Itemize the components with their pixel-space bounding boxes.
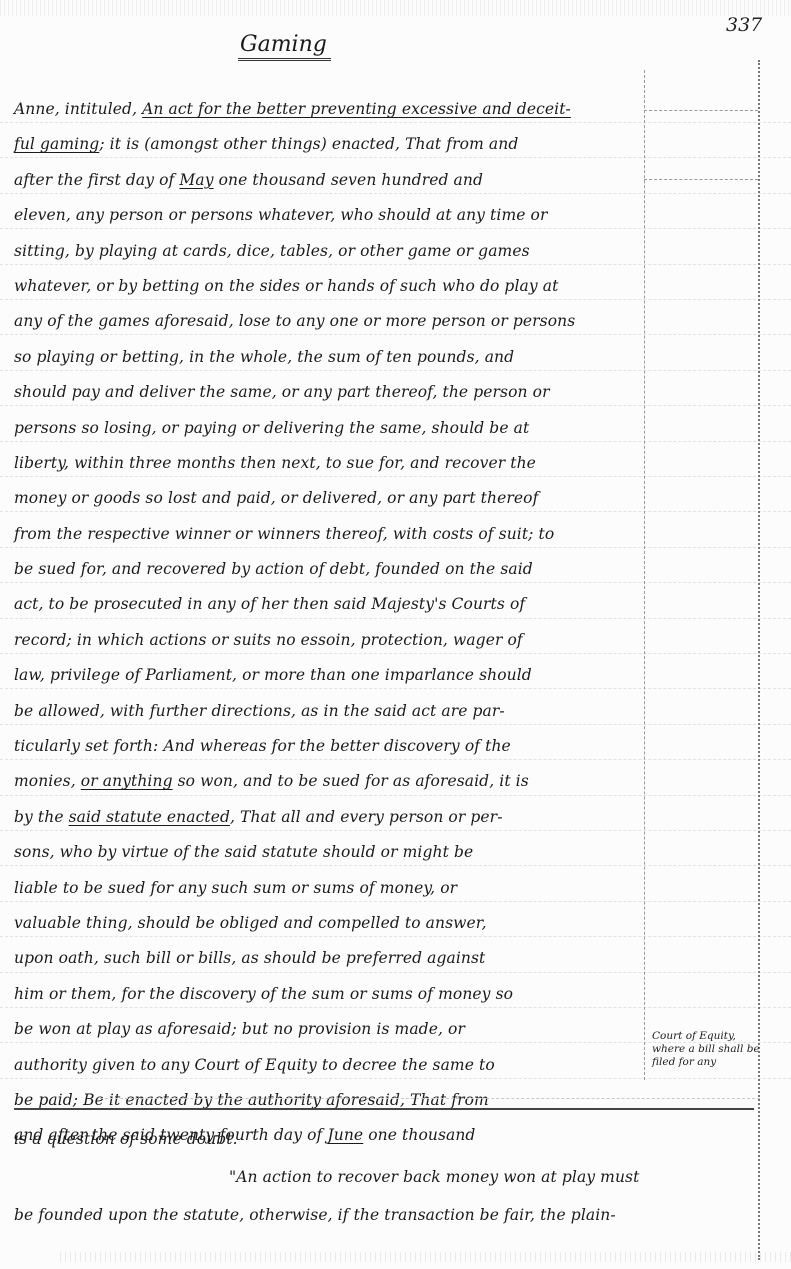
underlined-phrase: May bbox=[179, 171, 213, 189]
line-text: be allowed, with further directions, as … bbox=[14, 702, 505, 720]
line-text: act, to be prosecuted in any of her then… bbox=[14, 595, 525, 613]
page-number: 337 bbox=[726, 14, 762, 36]
line-text: be founded upon the statute, otherwise, … bbox=[14, 1206, 616, 1224]
scan-noise-bottom bbox=[60, 1252, 791, 1262]
margin-column-line bbox=[644, 70, 645, 1080]
text-line: be paid; Be it enacted by the authority … bbox=[14, 1083, 644, 1118]
line-text: after the first day of bbox=[14, 171, 179, 189]
text-line: money or goods so lost and paid, or deli… bbox=[14, 481, 644, 516]
line-text: upon oath, such bill or bills, as should… bbox=[14, 949, 485, 967]
text-line: be allowed, with further directions, as … bbox=[14, 694, 644, 729]
text-line: whatever, or by betting on the sides or … bbox=[14, 269, 644, 304]
text-line: ticularly set forth: And whereas for the… bbox=[14, 729, 644, 764]
line-text: ticularly set forth: And whereas for the… bbox=[14, 737, 511, 755]
line-text: valuable thing, should be obliged and co… bbox=[14, 914, 487, 932]
line-text: be sued for, and recovered by action of … bbox=[14, 560, 533, 578]
text-line: after the first day of May one thousand … bbox=[14, 163, 644, 198]
faint-rule bbox=[100, 1098, 760, 1099]
line-text: sitting, by playing at cards, dice, tabl… bbox=[14, 242, 530, 260]
line-text: liable to be sued for any such sum or su… bbox=[14, 879, 457, 897]
line-text: money or goods so lost and paid, or deli… bbox=[14, 489, 538, 507]
line-text: be won at play as aforesaid; but no prov… bbox=[14, 1020, 465, 1038]
manuscript-page: 337 Gaming Anne, intituled, An act for t… bbox=[0, 0, 791, 1269]
line-text: record; in which actions or suits no ess… bbox=[14, 631, 523, 649]
line-text: from the respective winner or winners th… bbox=[14, 525, 554, 543]
text-line: be sued for, and recovered by action of … bbox=[14, 552, 644, 587]
text-line: record; in which actions or suits no ess… bbox=[14, 623, 644, 658]
text-line: liberty, within three months then next, … bbox=[14, 446, 644, 481]
line-text: one thousand seven hundred and bbox=[214, 171, 483, 189]
line-text: , That all and every person or per- bbox=[230, 808, 503, 826]
text-line: be won at play as aforesaid; but no prov… bbox=[14, 1012, 644, 1047]
text-line: is a question of some doubt. bbox=[14, 1120, 754, 1158]
text-line: liable to be sued for any such sum or su… bbox=[14, 871, 644, 906]
line-text: sons, who by virtue of the said statute … bbox=[14, 843, 473, 861]
underlined-phrase: or anything bbox=[81, 772, 173, 790]
section-divider bbox=[14, 1108, 754, 1110]
text-line: authority given to any Court of Equity t… bbox=[14, 1048, 644, 1083]
text-line: act, to be prosecuted in any of her then… bbox=[14, 587, 644, 622]
line-text: is a question of some doubt. bbox=[14, 1130, 238, 1148]
underlined-phrase: An act for the better preventing excessi… bbox=[142, 100, 571, 118]
line-text: should pay and deliver the same, or any … bbox=[14, 383, 550, 401]
line-text: him or them, for the discovery of the su… bbox=[14, 985, 513, 1003]
line-text: persons so losing, or paying or deliveri… bbox=[14, 419, 529, 437]
margin-rule bbox=[644, 179, 758, 180]
line-text: "An action to recover back money won at … bbox=[229, 1168, 639, 1186]
margin-note: Court of Equity, where a bill shall be f… bbox=[652, 1030, 762, 1069]
text-line: from the respective winner or winners th… bbox=[14, 517, 644, 552]
text-line: persons so losing, or paying or deliveri… bbox=[14, 411, 644, 446]
text-line: should pay and deliver the same, or any … bbox=[14, 375, 644, 410]
text-line: sons, who by virtue of the said statute … bbox=[14, 835, 644, 870]
main-text-block: Anne, intituled, An act for the better p… bbox=[14, 92, 644, 1154]
text-line: valuable thing, should be obliged and co… bbox=[14, 906, 644, 941]
text-line: Anne, intituled, An act for the better p… bbox=[14, 92, 644, 127]
text-line: sitting, by playing at cards, dice, tabl… bbox=[14, 234, 644, 269]
line-text: authority given to any Court of Equity t… bbox=[14, 1056, 495, 1074]
line-text: Anne, intituled, bbox=[14, 100, 142, 118]
line-text: any of the games aforesaid, lose to any … bbox=[14, 312, 575, 330]
underlined-phrase: ful gaming bbox=[14, 135, 99, 153]
text-line: so playing or betting, in the whole, the… bbox=[14, 340, 644, 375]
text-line: monies, or anything so won, and to be su… bbox=[14, 764, 644, 799]
text-line: law, privilege of Parliament, or more th… bbox=[14, 658, 644, 693]
line-text: be paid; Be it enacted by the authority … bbox=[14, 1091, 489, 1109]
line-text: liberty, within three months then next, … bbox=[14, 454, 536, 472]
text-line: him or them, for the discovery of the su… bbox=[14, 977, 644, 1012]
line-text: so won, and to be sued for as aforesaid,… bbox=[173, 772, 529, 790]
text-line: by the said statute enacted, That all an… bbox=[14, 800, 644, 835]
line-text: ; it is (amongst other things) enacted, … bbox=[99, 135, 518, 153]
text-line: upon oath, such bill or bills, as should… bbox=[14, 941, 644, 976]
margin-rule bbox=[644, 110, 758, 111]
text-line: eleven, any person or persons whatever, … bbox=[14, 198, 644, 233]
scan-noise-top bbox=[0, 0, 791, 16]
line-text: by the bbox=[14, 808, 69, 826]
line-text: eleven, any person or persons whatever, … bbox=[14, 206, 547, 224]
text-line: be founded upon the statute, otherwise, … bbox=[14, 1196, 754, 1234]
lower-text-block: is a question of some doubt."An action t… bbox=[14, 1120, 754, 1234]
line-text: whatever, or by betting on the sides or … bbox=[14, 277, 558, 295]
margin-edge-line bbox=[758, 60, 760, 1260]
page-title: Gaming bbox=[238, 32, 331, 61]
line-text: law, privilege of Parliament, or more th… bbox=[14, 666, 532, 684]
line-text: so playing or betting, in the whole, the… bbox=[14, 348, 514, 366]
line-text: monies, bbox=[14, 772, 81, 790]
text-line: any of the games aforesaid, lose to any … bbox=[14, 304, 644, 339]
underlined-phrase: said statute enacted bbox=[69, 808, 230, 826]
text-line: ful gaming; it is (amongst other things)… bbox=[14, 127, 644, 162]
text-line: "An action to recover back money won at … bbox=[14, 1158, 754, 1196]
